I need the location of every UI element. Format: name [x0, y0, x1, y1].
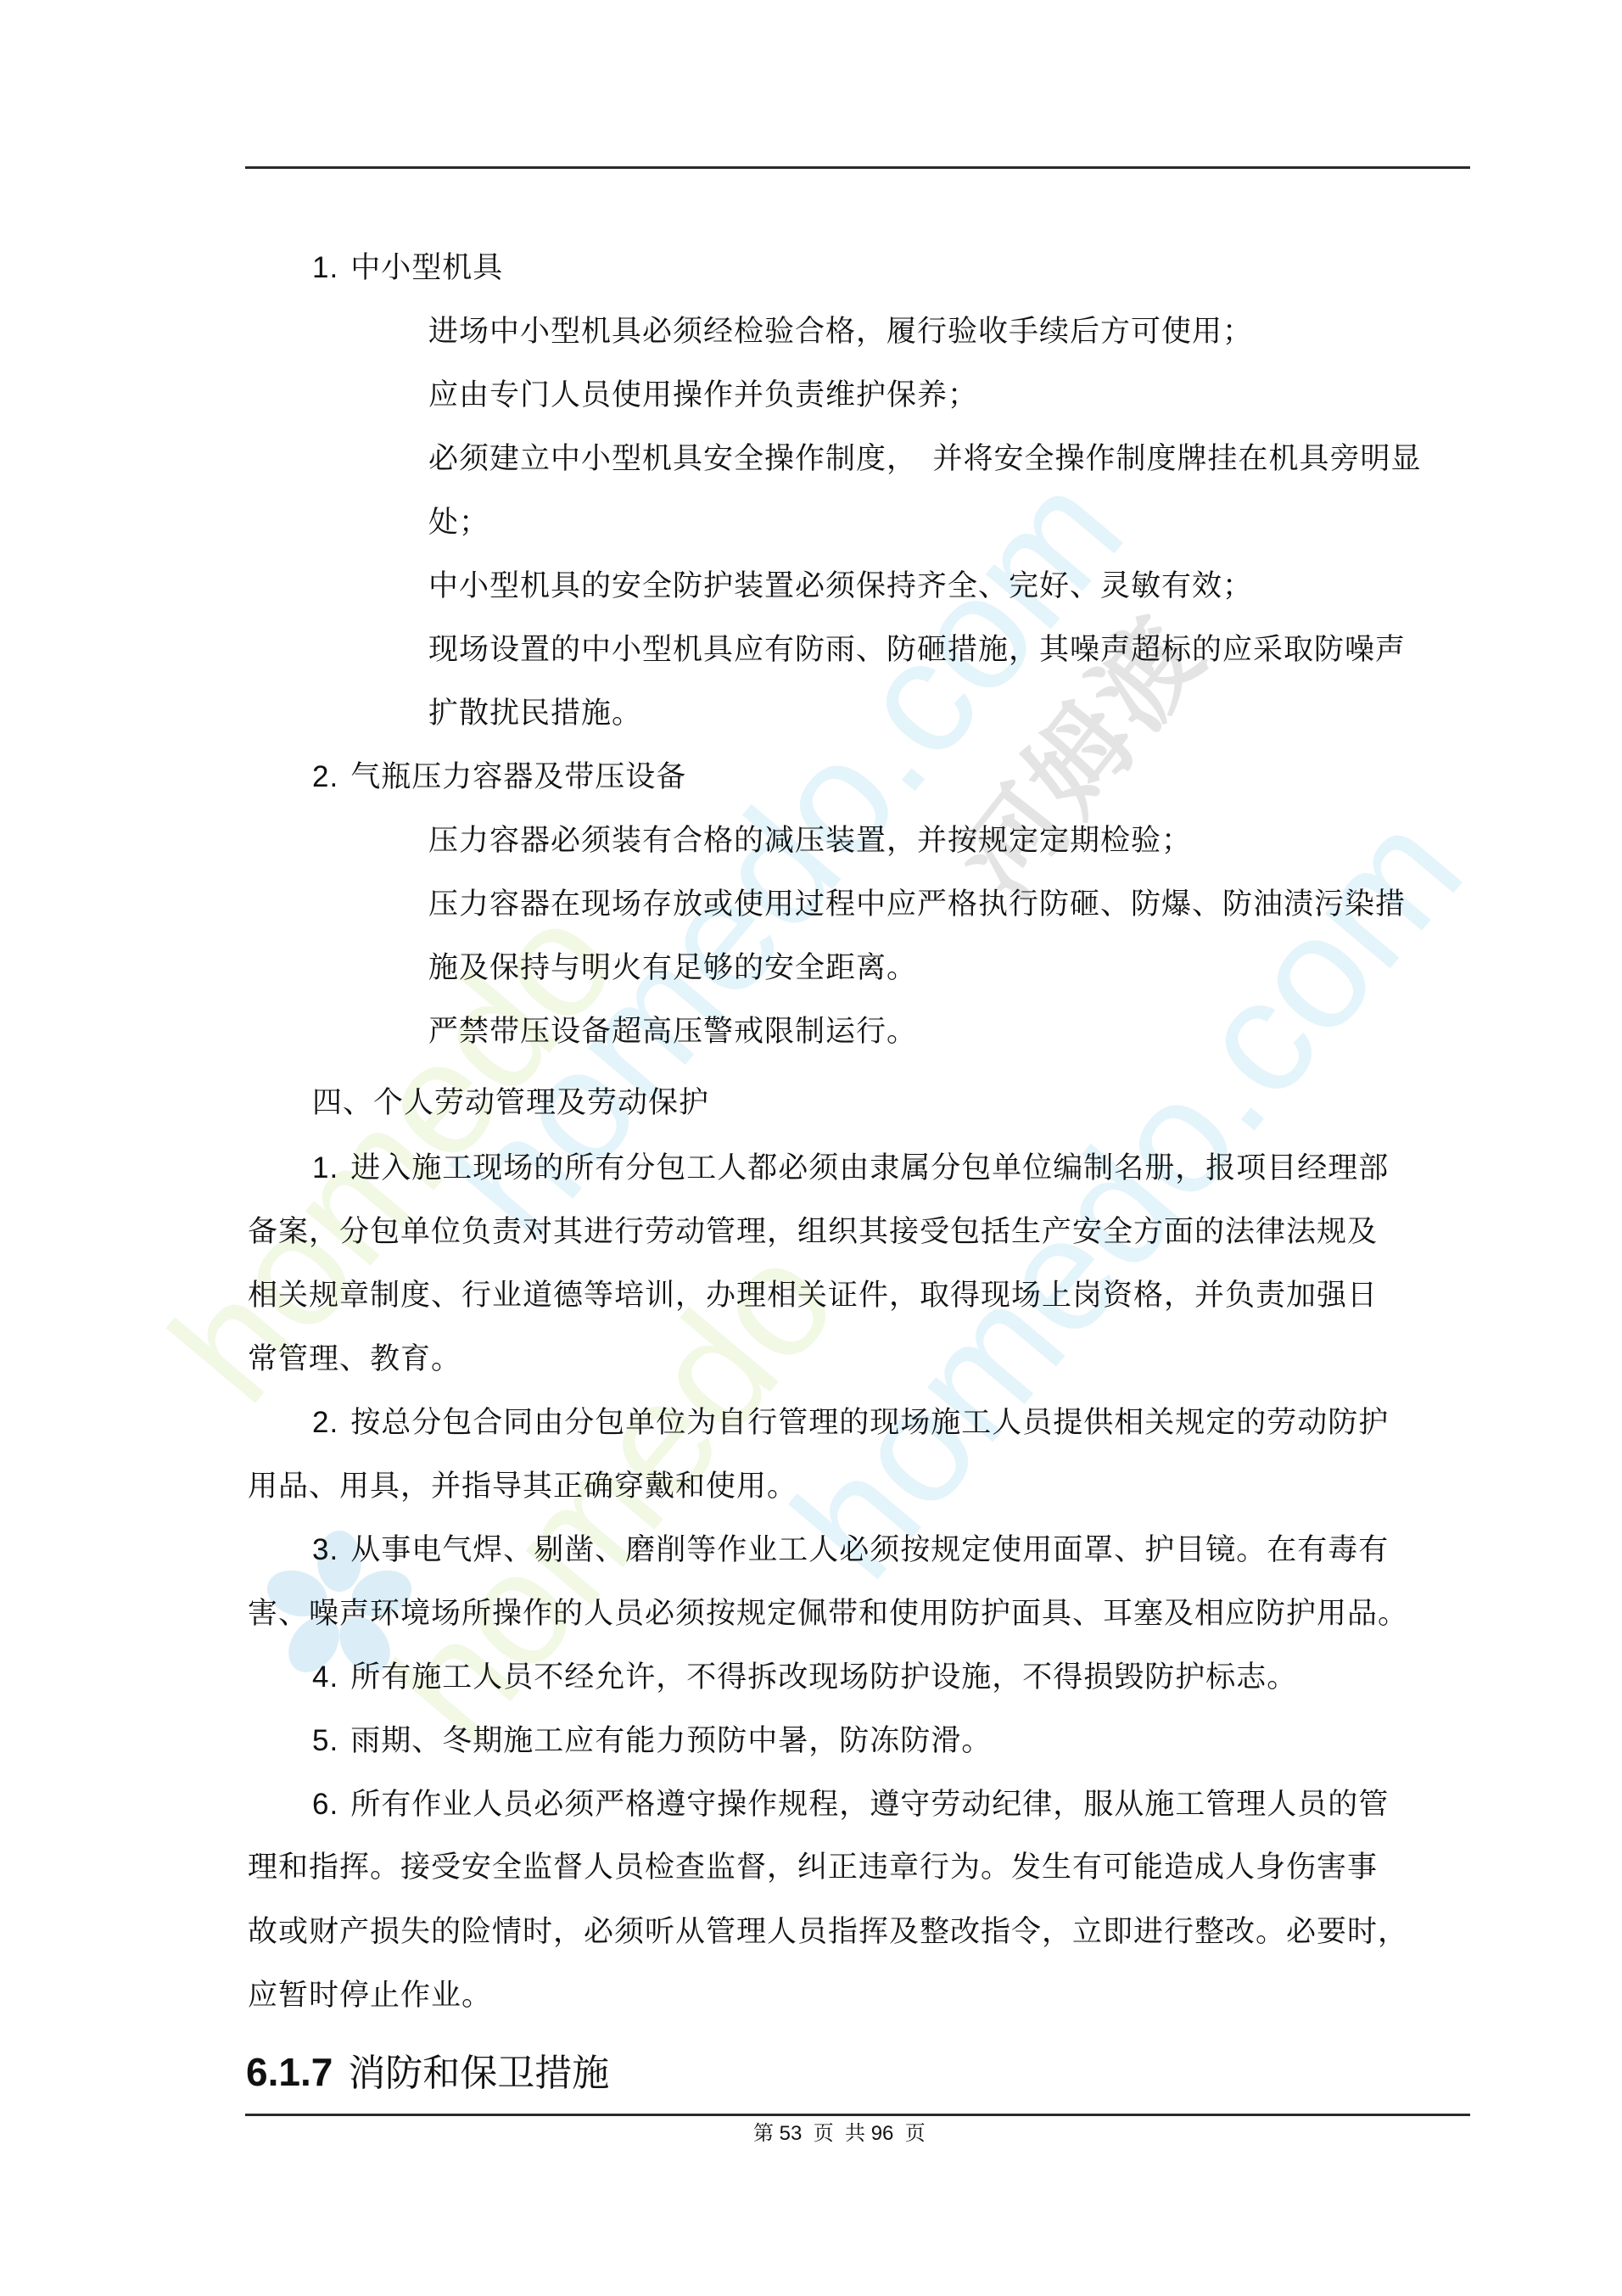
body-line: 中小型机具的安全防护装置必须保持齐全、完好、灵敏有效；: [428, 555, 1253, 618]
body-line: 处；: [428, 491, 489, 554]
body-line: 必须建立中小型机具安全操作制度， 并将安全操作制度牌挂在机具旁明显: [428, 428, 1422, 490]
item-number: 1.: [312, 251, 338, 284]
body-line: 现场设置的中小型机具应有防雨、防砸措施，其噪声超标的应采取防噪声: [428, 619, 1406, 681]
section-heading-fire-security: 6.1.7消防和保卫措施: [246, 2047, 609, 2097]
paragraph-item-3: 3.从事电气焊、剔凿、磨削等作业工人必须按规定使用面罩、护目镜。在有毒有: [312, 1519, 1389, 1582]
section-heading-labor-protection: 四、个人劳动管理及劳动保护: [312, 1072, 709, 1134]
item-number: 1.: [312, 1151, 338, 1184]
section-title: 消防和保卫措施: [348, 2052, 609, 2095]
paragraph-item-2: 2.按总分包合同由分包单位为自行管理的现场施工人员提供相关规定的劳动防护: [312, 1392, 1389, 1454]
paragraph-item-5: 5.雨期、冬期施工应有能力预防中暑，防冻防滑。: [312, 1710, 992, 1772]
item-number: 2.: [312, 1406, 338, 1439]
body-line: 应暂时停止作业。: [248, 1964, 492, 2027]
body-line: 压力容器必须装有合格的减压装置，并按规定定期检验；: [428, 809, 1192, 872]
header-rule: [245, 166, 1470, 169]
subheading-pressure-vessels: 2.气瓶压力容器及带压设备: [312, 746, 686, 809]
page-number-footer: 第 53 页 共 96 页: [753, 2121, 926, 2147]
body-line: 害、噪声环境场所操作的人员必须按规定佩带和使用防护面具、耳塞及相应防护用品。: [248, 1582, 1408, 1645]
paragraph-item-6: 6.所有作业人员必须严格遵守操作规程，遵守劳动纪律，服从施工管理人员的管: [312, 1773, 1389, 1836]
line-text: 中小型机具: [350, 251, 503, 285]
item-number: 4.: [312, 1660, 338, 1694]
line-text: 雨期、冬期施工应有能力预防中暑，防冻防滑。: [350, 1724, 992, 1758]
item-number: 2.: [312, 760, 338, 793]
body-line: 施及保持与明火有足够的安全距离。: [428, 937, 917, 1000]
footer-rule: [245, 2114, 1470, 2116]
body-line: 进场中小型机具必须经检验合格，履行验收手续后方可使用；: [428, 300, 1253, 363]
line-text: 所有施工人员不经允许，不得拆改现场防护设施，不得损毁防护标志。: [350, 1660, 1297, 1694]
body-line: 理和指挥。接受安全监督人员检查监督，纠正违章行为。发生有可能造成人身伤害事: [248, 1836, 1378, 1899]
subheading-small-machinery: 1.中小型机具: [312, 237, 503, 300]
body-line: 严禁带压设备超高压警戒限制运行。: [428, 1000, 917, 1063]
body-line: 用品、用具，并指导其正确穿戴和使用。: [248, 1455, 797, 1518]
document-page: homedo.com homedo homedo.com homedo 河姆渡 …: [0, 0, 1622, 2296]
body-line: 应由专门人员使用操作并负责维护保养；: [428, 364, 978, 427]
item-number: 6.: [312, 1788, 338, 1821]
body-line: 扩散扰民措施。: [428, 682, 642, 745]
line-text: 按总分包合同由分包单位为自行管理的现场施工人员提供相关规定的劳动防护: [350, 1406, 1389, 1440]
paragraph-item-4: 4.所有施工人员不经允许，不得拆改现场防护设施，不得损毁防护标志。: [312, 1646, 1297, 1709]
body-line: 故或财产损失的险情时，必须听从管理人员指挥及整改指令，立即进行整改。必要时，: [248, 1901, 1408, 1963]
line-text: 所有作业人员必须严格遵守操作规程，遵守劳动纪律，服从施工管理人员的管: [350, 1788, 1389, 1822]
section-number: 6.1.7: [246, 2050, 333, 2094]
item-number: 5.: [312, 1724, 338, 1757]
body-line: 相关规章制度、行业道德等培训，办理相关证件，取得现场上岗资格，并负责加强日: [248, 1264, 1378, 1327]
line-text: 进入施工现场的所有分包工人都必须由隶属分包单位编制名册，报项目经理部: [350, 1151, 1389, 1185]
body-line: 压力容器在现场存放或使用过程中应严格执行防砸、防爆、防油渍污染措: [428, 873, 1406, 936]
line-text: 气瓶压力容器及带压设备: [350, 760, 686, 794]
paragraph-item-1: 1.进入施工现场的所有分包工人都必须由隶属分包单位编制名册，报项目经理部: [312, 1137, 1389, 1200]
body-line: 备案，分包单位负责对其进行劳动管理，组织其接受包括生产安全方面的法律法规及: [248, 1201, 1378, 1263]
line-text: 从事电气焊、剔凿、磨削等作业工人必须按规定使用面罩、护目镜。在有毒有: [350, 1533, 1389, 1567]
body-line: 常管理、教育。: [248, 1328, 461, 1391]
item-number: 3.: [312, 1533, 338, 1566]
